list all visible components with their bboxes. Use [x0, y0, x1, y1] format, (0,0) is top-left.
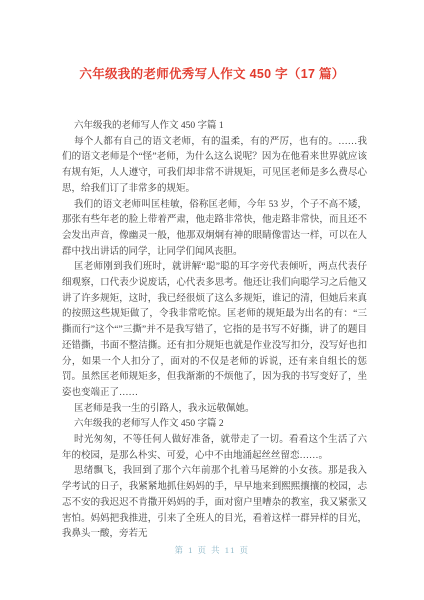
essay-paragraph: 匡老师是我一生的引路人，我永远敬佩她。: [62, 402, 367, 418]
essay-paragraph: 时光匆匆，不等任何人做好准备，就带走了一切。看看这个生活了六年的校园，是那么朴实…: [62, 433, 367, 464]
document-body: 六年级我的老师写人作文 450 字篇 1每个人都有自己的语文老师，有的温柔，有的…: [62, 119, 367, 543]
page-indicator: 第 1 页 共 11 页: [174, 545, 249, 555]
essay-paragraph: 思绪飘飞，我回到了那个六年前那个扎着马尾辫的小女孩。那是我入学考试的日子，我紧紧…: [62, 464, 367, 543]
essay-paragraph: 每个人都有自己的语文老师，有的温柔，有的严厉，也有的。……我们的语文老师是个“怪…: [62, 135, 367, 198]
section-heading: 六年级我的老师写人作文 450 字篇 1: [62, 119, 367, 135]
essay-paragraph: 我们的语文老师叫匡桂敏，俗称匡老师，今年 53 岁，个子不高不矮，那张有些年老的…: [62, 198, 367, 261]
page-footer: 第 1 页 共 11 页: [0, 544, 424, 556]
document-title: 六年级我的老师优秀写人作文 450 字（17 篇）: [0, 0, 424, 82]
document-page: 六年级我的老师优秀写人作文 450 字（17 篇） 六年级我的老师写人作文 45…: [0, 0, 424, 600]
essay-paragraph: 匡老师刚到我们班时，就讲解“聪”聪的耳字旁代表倾听，两点代表仔细观察，口代表少说…: [62, 260, 367, 401]
section-heading: 六年级我的老师写人作文 450 字篇 2: [62, 417, 367, 433]
